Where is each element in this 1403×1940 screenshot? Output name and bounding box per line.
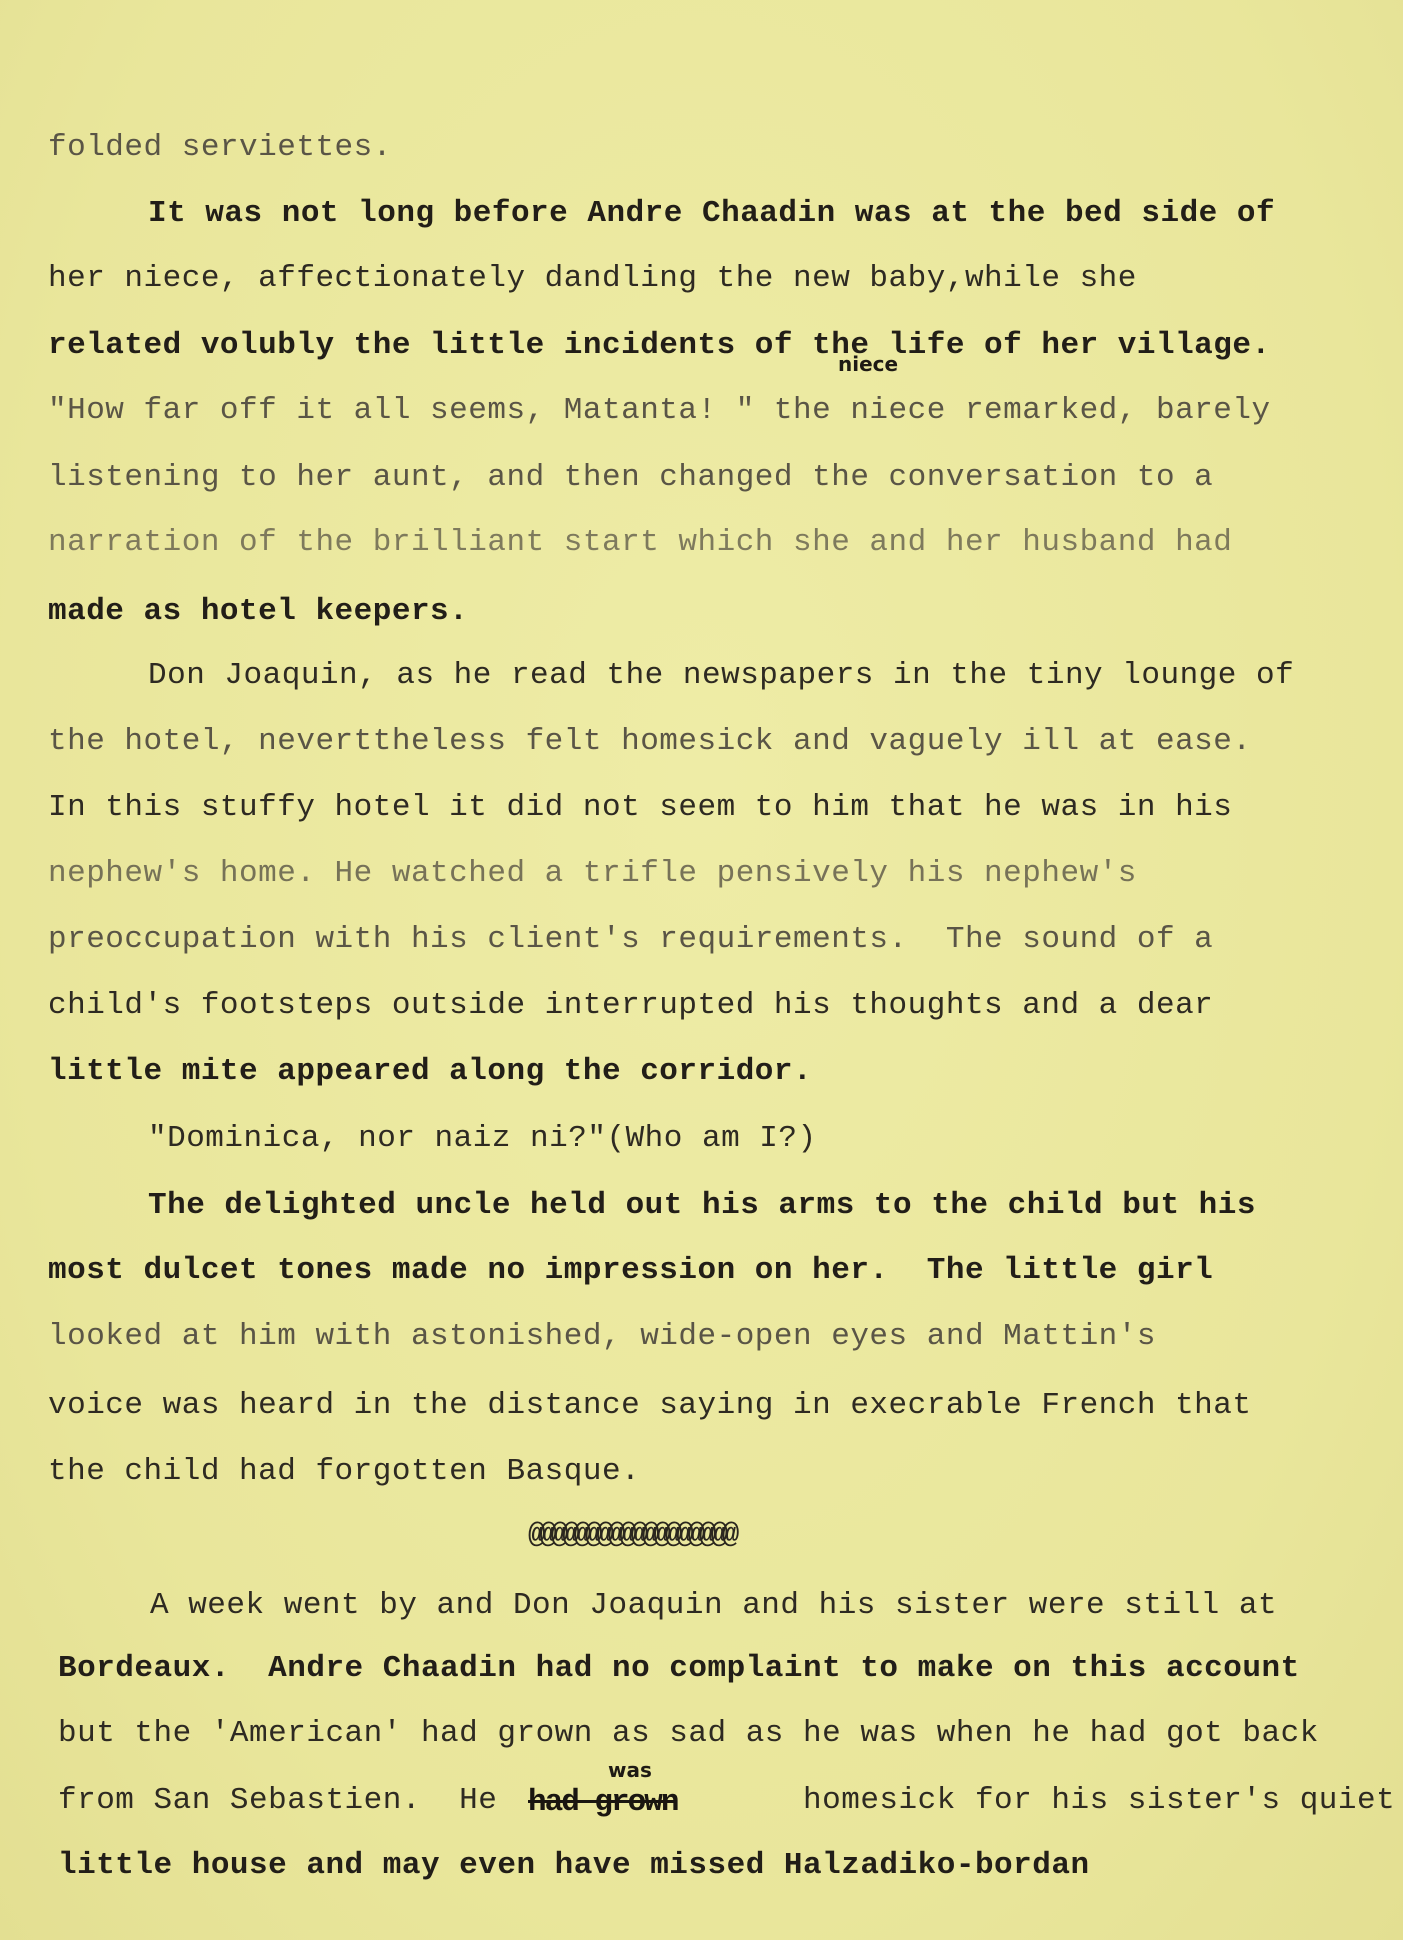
text-line: folded serviettes.: [48, 132, 392, 163]
handwritten-insert-was: was: [608, 1758, 652, 1782]
text-line: Bordeaux. Andre Chaadin had no complaint…: [58, 1653, 1300, 1684]
text-line: her niece, affectionately dandling the n…: [48, 263, 1137, 294]
section-divider-ornament: @@@@@@@@@@@@@@@@@@: [528, 1518, 733, 1551]
text-line: but the 'American' had grown as sad as h…: [58, 1718, 1319, 1749]
text-line: preoccupation with his client's requirem…: [48, 924, 1213, 955]
text-line: In this stuffy hotel it did not seem to …: [48, 792, 1232, 823]
text-line: narration of the brilliant start which s…: [48, 527, 1232, 558]
text-line: from San Sebastien. He homesick for his …: [58, 1785, 1395, 1816]
text-line: the hotel, neverttheless felt homesick a…: [48, 726, 1252, 757]
text-line: nephew's home. He watched a trifle pensi…: [48, 858, 1137, 889]
text-line: looked at him with astonished, wide-open…: [48, 1321, 1156, 1352]
text-line: the child had forgotten Basque.: [48, 1456, 640, 1487]
struck-out-text: had grown: [528, 1785, 677, 1820]
text-line: listening to her aunt, and then changed …: [48, 462, 1213, 493]
handwritten-insert-niece: niece: [838, 352, 898, 376]
text-line: little house and may even have missed Ha…: [58, 1850, 1090, 1881]
text-line: voice was heard in the distance saying i…: [48, 1390, 1252, 1421]
typewritten-page: folded serviettes. It was not long befor…: [0, 0, 1403, 1940]
text-line: most dulcet tones made no impression on …: [48, 1255, 1213, 1286]
text-line: made as hotel keepers.: [48, 596, 468, 627]
text-line: The delighted uncle held out his arms to…: [148, 1190, 1256, 1221]
text-line: A week went by and Don Joaquin and his s…: [150, 1590, 1277, 1621]
text-line: It was not long before Andre Chaadin was…: [148, 198, 1275, 229]
text-line: related volubly the little incidents of …: [48, 330, 1271, 361]
text-line: Don Joaquin, as he read the newspapers i…: [148, 660, 1294, 691]
text-line: little mite appeared along the corridor.: [48, 1056, 812, 1087]
text-line: "How far off it all seems, Matanta! " th…: [48, 395, 1271, 426]
text-line: "Dominica, nor naiz ni?"(Who am I?): [148, 1123, 817, 1154]
text-line: child's footsteps outside interrupted hi…: [48, 990, 1213, 1021]
